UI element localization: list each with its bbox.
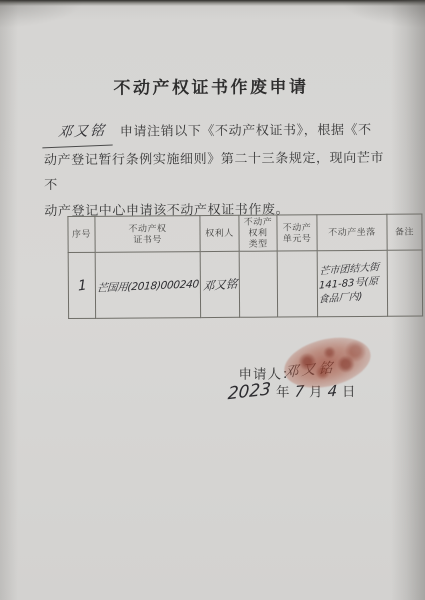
cert-no-handwritten: 芒国用(2018)000240 [96, 276, 199, 295]
paragraph-line-1: 邓又铭申请注销以下《不动产权证书》，根据《不 [44, 117, 390, 147]
cell-serial-no: 1 [68, 252, 95, 318]
date-year-handwritten: 2023 [227, 379, 271, 404]
header-cert-no: 不动产权 证书号 [95, 216, 200, 253]
cell-remark [387, 250, 422, 316]
date-year-unit: 年 [276, 380, 290, 400]
header-right-holder: 权利人 [200, 215, 239, 251]
document: 不动产权证书作废申请 邓又铭申请注销以下《不动产权证书》，根据《不 动产登记暂行… [0, 0, 425, 600]
cell-right-type [239, 251, 277, 317]
certificates-table: 序号 不动产权 证书号 权利人 不动产 权利 类型 不动产 单元号 不动产坐落 … [67, 214, 423, 319]
table-header-row: 序号 不动产权 证书号 权利人 不动产 权利 类型 不动产 单元号 不动产坐落 … [68, 214, 422, 252]
holder-handwritten: 邓又铭 [202, 275, 237, 294]
paragraph-line-1-text: 申请注销以下《不动产权证书》，根据《不 [120, 122, 372, 139]
header-right-type: 不动产 权利 类型 [239, 215, 277, 251]
date-day-unit: 日 [342, 380, 356, 400]
header-serial-no: 序号 [68, 216, 95, 252]
table-row: 1 芒国用(2018)000240 邓又铭 芒市团结大街 141-83号(原食品… [68, 250, 422, 318]
paragraph-line-2: 动产登记暂行条例实施细则》第二十三条规定，现向芒市不 [44, 144, 390, 197]
serial-no-handwritten: 1 [77, 277, 86, 294]
cell-unit-no [277, 251, 317, 317]
application-paragraph: 邓又铭申请注销以下《不动产权证书》，根据《不 动产登记暂行条例实施细则》第二十三… [44, 117, 391, 223]
cell-location: 芒市团结大街 141-83号(原食品厂内) [317, 250, 387, 316]
cell-right-holder: 邓又铭 [200, 251, 239, 317]
header-unit-no: 不动产 单元号 [277, 215, 317, 251]
location-handwritten: 芒市团结大街 141-83号(原食品厂内) [318, 260, 386, 307]
page-title: 不动产权证书作废申请 [0, 72, 424, 100]
applicant-name-handwritten: 邓又铭 [42, 118, 115, 147]
cell-cert-no: 芒国用(2018)000240 [95, 252, 200, 319]
header-location: 不动产坐落 [317, 214, 387, 250]
header-remark: 备注 [387, 214, 422, 250]
